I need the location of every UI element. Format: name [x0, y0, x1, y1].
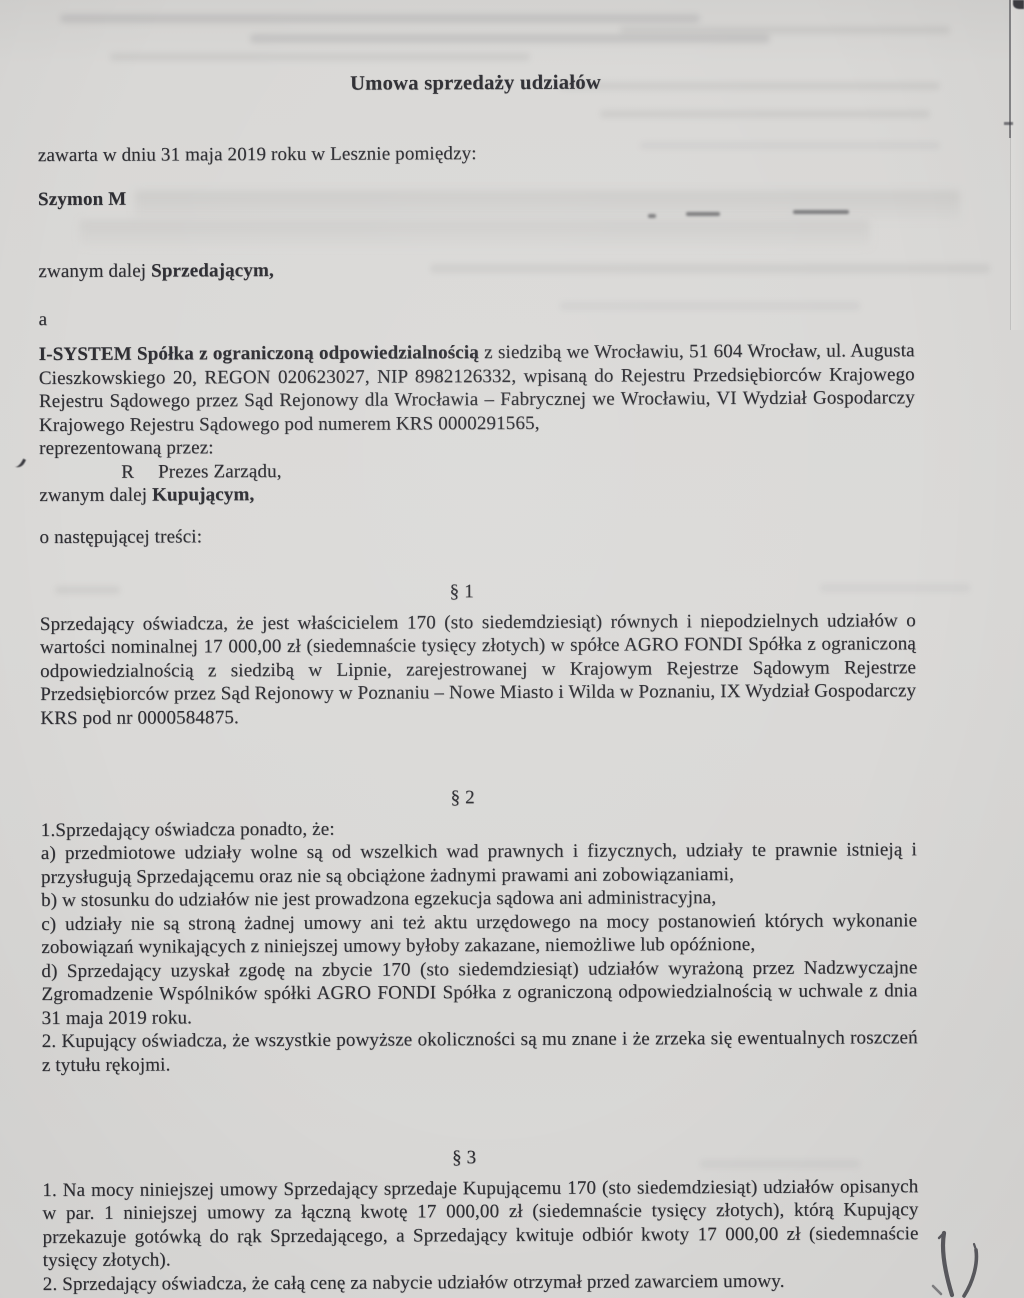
buyer-block: I-SYSTEM Spółka z ograniczoną odpowiedzi…	[39, 339, 916, 507]
buyer-alias-line: zwanym dalej Kupującym,	[39, 480, 915, 507]
section-1-paragraph: Sprzedający oświadcza, że jest właścicie…	[40, 609, 917, 730]
document-title: Umowa sprzedaży udziałów	[37, 70, 961, 98]
buyer-name: I-SYSTEM Spółka z ograniczoną odpowiedzi…	[39, 342, 479, 365]
representative-initial: R	[121, 461, 134, 482]
connector-line: a	[39, 304, 915, 331]
page-edge-line-faint	[1010, 130, 1011, 330]
section-2-paragraph: 2. Kupujący oświadcza, że wszystkie powy…	[42, 1026, 918, 1077]
seller-alias-line: zwanym dalej Sprzedającym,	[38, 256, 914, 283]
buyer-paragraph: I-SYSTEM Spółka z ograniczoną odpowiedzi…	[39, 339, 915, 437]
page-edge-line	[1009, 0, 1011, 138]
edge-dash-mark	[1004, 122, 1013, 125]
seller-name: Szymon M	[38, 184, 914, 211]
section-1-heading: § 1	[40, 578, 916, 605]
section-2-paragraph: d) Sprzedający uzyskał zgodę na zbycie 1…	[41, 956, 917, 1030]
section-2-paragraph: c) udziały nie są stroną żadnej umowy an…	[41, 909, 917, 960]
signature-pen-mark	[903, 1220, 1003, 1298]
section-2-heading: § 2	[41, 784, 917, 811]
section-3: § 3 1. Na mocy niniejszej umowy Sprzedaj…	[42, 1144, 919, 1296]
buyer-alias: Kupującym,	[152, 484, 254, 505]
section-1: § 1 Sprzedający oświadcza, że jest właśc…	[40, 578, 917, 730]
seller-alias-prefix: zwanym dalej	[38, 261, 151, 282]
scanned-contract-page: { "colors": { "paper": "#d9d8d6", "ink":…	[0, 0, 1024, 1298]
section-3-heading: § 3	[42, 1144, 918, 1171]
representative-title: Prezes Zarządu,	[158, 461, 282, 483]
document-text-layer: Umowa sprzedaży udziałów zawarta w dniu …	[0, 0, 1024, 1298]
section-3-paragraph: 1. Na mocy niniejszej umowy Sprzedający …	[42, 1175, 918, 1273]
corner-mark	[1013, 0, 1024, 9]
seller-alias: Sprzedającym,	[151, 260, 274, 282]
intro-line: zawarta w dniu 31 maja 2019 roku w Leszn…	[38, 140, 914, 167]
buyer-alias-prefix: zwanym dalej	[39, 485, 152, 506]
content-lead: o następującej treści:	[39, 522, 915, 549]
section-2-paragraph: a) przedmiotowe udziały wolne są od wsze…	[41, 838, 917, 889]
section-3-paragraph: 2. Sprzedający oświadcza, że całą cenę z…	[43, 1269, 919, 1296]
section-2: § 2 1.Sprzedający oświadcza ponadto, że:…	[41, 784, 918, 1077]
page-edge-strip	[1011, 0, 1024, 330]
